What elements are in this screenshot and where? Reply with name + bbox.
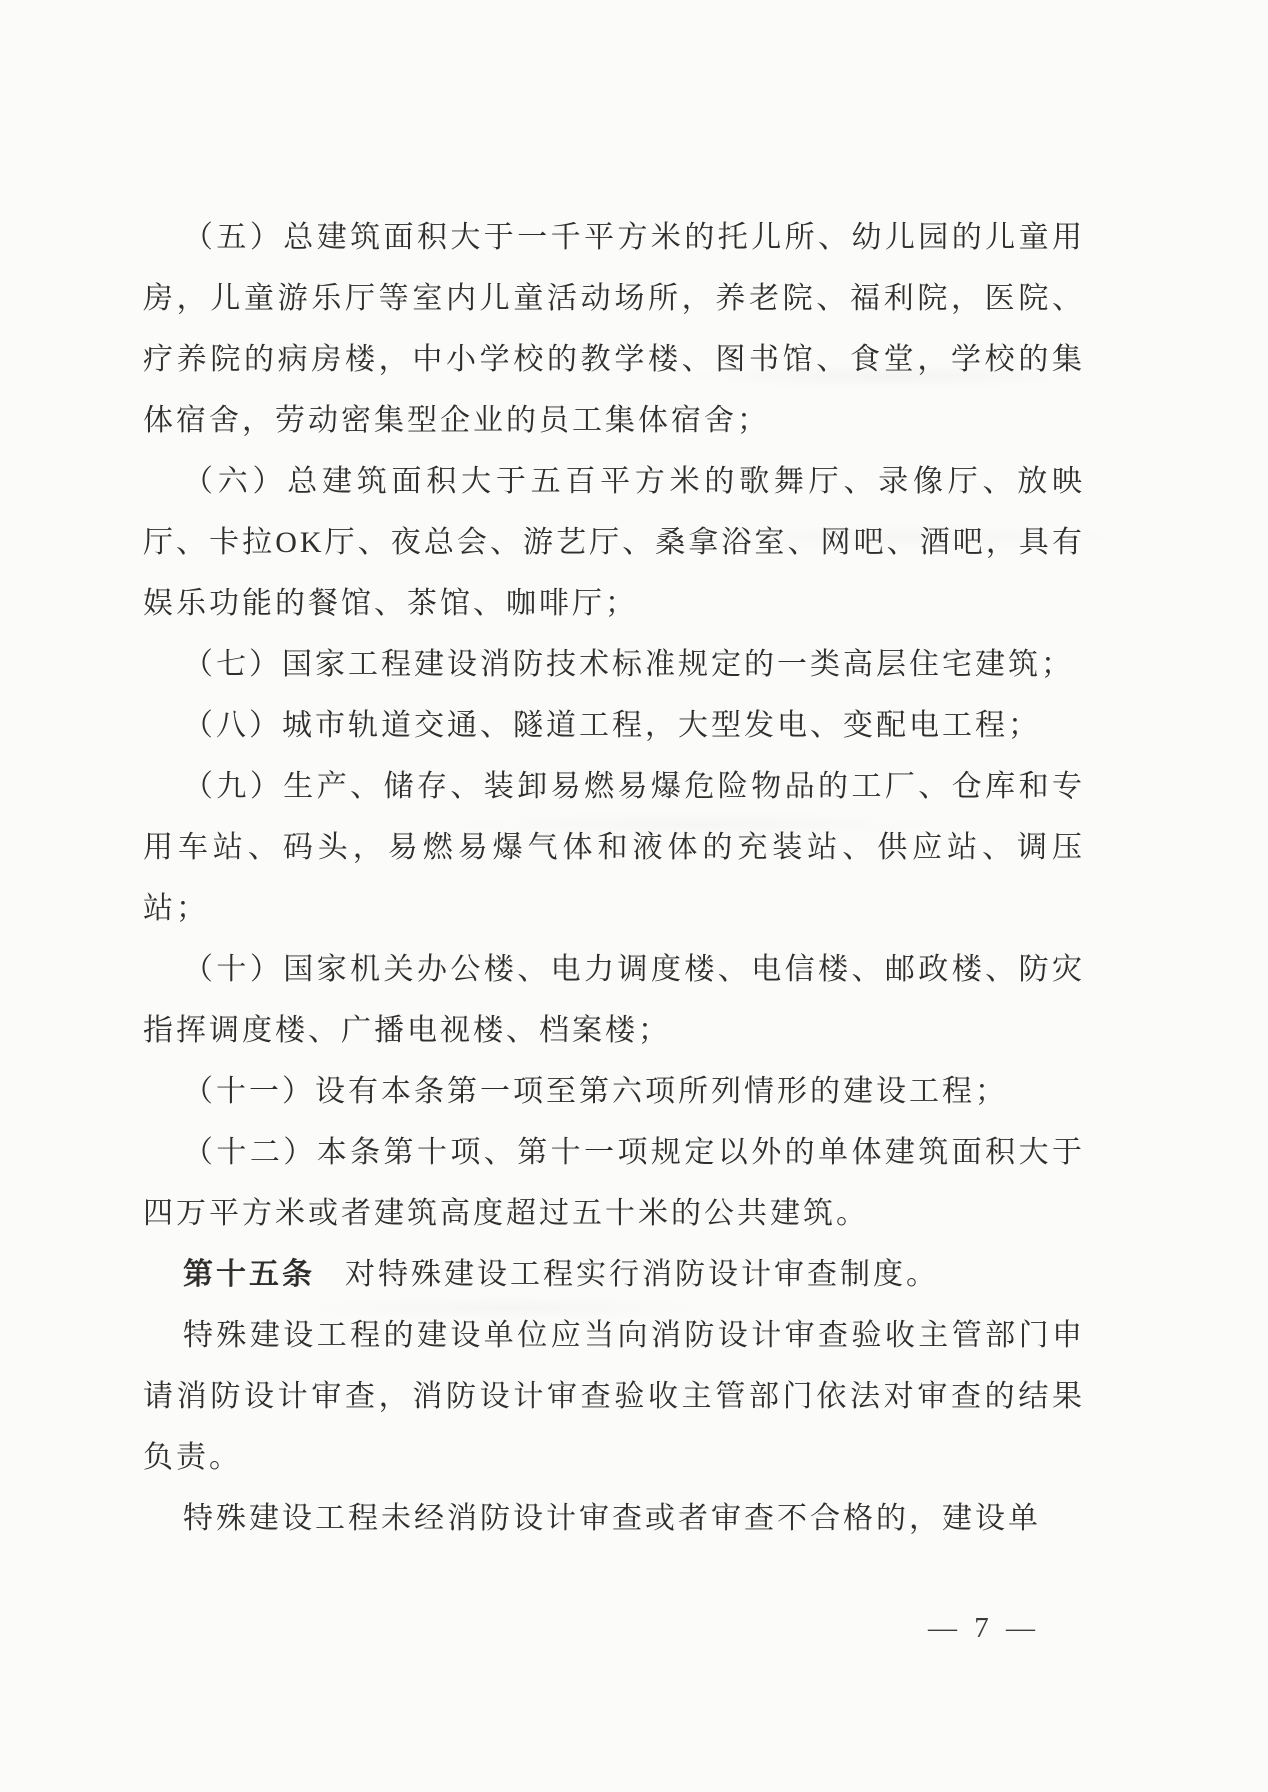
clause-8: （八）城市轨道交通、隧道工程，大型发电、变配电工程； xyxy=(143,695,1085,756)
body-paragraph-2: 特殊建设工程未经消防设计审查或者审查不合格的，建设单 xyxy=(143,1488,1085,1549)
article-15-text: 对特殊建设工程实行消防设计审查制度。 xyxy=(345,1258,939,1291)
page-number: — 7 — xyxy=(928,1612,1040,1645)
clause-6: （六）总建筑面积大于五百平方米的歌舞厅、录像厅、放映厅、卡拉OK厅、夜总会、游艺… xyxy=(143,451,1085,634)
clause-5: （五）总建筑面积大于一千平方米的托儿所、幼儿园的儿童用房，儿童游乐厅等室内儿童活… xyxy=(143,207,1085,451)
document-page: （五）总建筑面积大于一千平方米的托儿所、幼儿园的儿童用房，儿童游乐厅等室内儿童活… xyxy=(0,0,1268,1792)
article-15-number: 第十五条 xyxy=(183,1258,315,1291)
article-15: 第十五条对特殊建设工程实行消防设计审查制度。 xyxy=(143,1244,1085,1305)
document-body: （五）总建筑面积大于一千平方米的托儿所、幼儿园的儿童用房，儿童游乐厅等室内儿童活… xyxy=(143,207,1085,1549)
clause-10: （十）国家机关办公楼、电力调度楼、电信楼、邮政楼、防灾指挥调度楼、广播电视楼、档… xyxy=(143,939,1085,1061)
clause-12: （十二）本条第十项、第十一项规定以外的单体建筑面积大于四万平方米或者建筑高度超过… xyxy=(143,1122,1085,1244)
body-paragraph-1: 特殊建设工程的建设单位应当向消防设计审查验收主管部门申请消防设计审查，消防设计审… xyxy=(143,1305,1085,1488)
clause-11: （十一）设有本条第一项至第六项所列情形的建设工程； xyxy=(143,1061,1085,1122)
clause-7: （七）国家工程建设消防技术标准规定的一类高层住宅建筑； xyxy=(143,634,1085,695)
clause-9: （九）生产、储存、装卸易燃易爆危险物品的工厂、仓库和专用车站、码头，易燃易爆气体… xyxy=(143,756,1085,939)
